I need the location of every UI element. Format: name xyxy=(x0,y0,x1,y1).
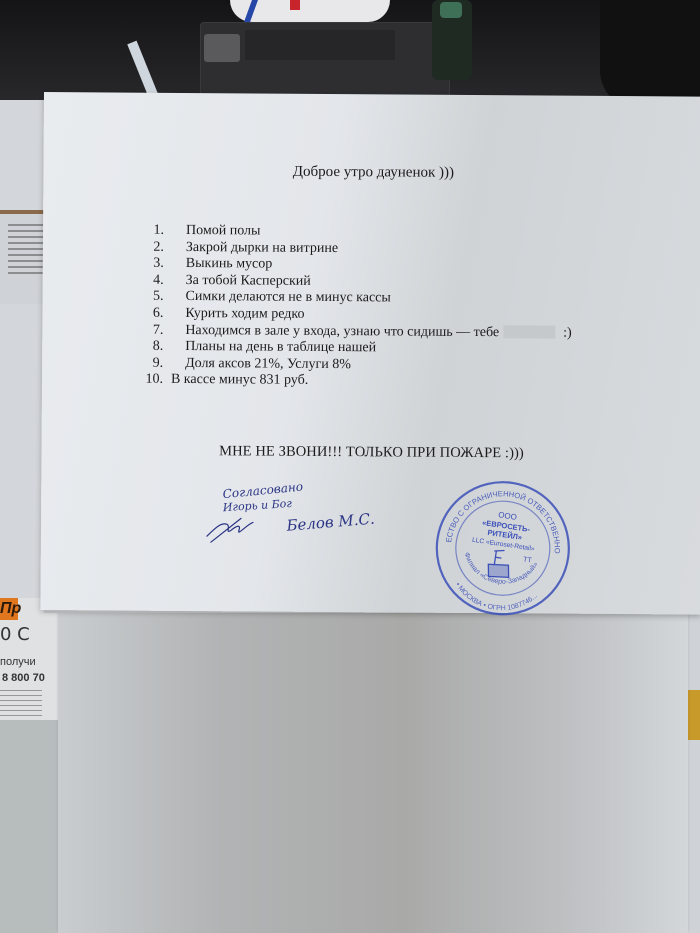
task-list: 1.Помой полы2.Закрой дырки на витрине3.В… xyxy=(127,223,573,392)
signature-icon: Согласовано Игорь и Бог Белов М.С. xyxy=(201,478,401,549)
task-number: 5. xyxy=(128,289,186,306)
task-text: В кассе минус 831 руб. xyxy=(171,372,308,390)
task-number: 8. xyxy=(127,339,185,356)
task-text: Планы на день в таблице нашей xyxy=(185,339,376,357)
svg-text:• МОСКВА • ОГРН 1087746...: • МОСКВА • ОГРН 1087746... xyxy=(451,581,540,618)
task-text: Доля аксов 21%, Услуги 8% xyxy=(185,356,351,374)
stamp-logo-icon xyxy=(487,548,513,579)
task-number: 10. xyxy=(127,372,171,389)
paper-sheet: Доброе утро дауненок ))) 1.Помой полы2.З… xyxy=(40,92,700,615)
task-suffix: :) xyxy=(563,325,572,342)
task-number: 4. xyxy=(128,272,186,289)
task-text: Курить ходим редко xyxy=(185,306,304,323)
task-text: За тобой Касперский xyxy=(186,273,311,290)
stamp-lower-text: • МОСКВА • ОГРН 1087746... xyxy=(451,581,540,618)
stamp-mark: ТТ xyxy=(523,556,533,564)
company-stamp: ОБЩЕСТВО С ОГРАНИЧЕННОЙ ОТВЕТСТВЕННОСТЬЮ… xyxy=(432,478,573,619)
background-object xyxy=(230,0,390,22)
task-text: Выкинь мусор xyxy=(186,256,273,273)
greeting-title: Доброе утро дауненок ))) xyxy=(43,162,700,184)
document: Доброе утро дауненок ))) 1.Помой полы2.З… xyxy=(40,92,700,615)
task-number: 6. xyxy=(127,306,185,323)
task-text: Закрой дырки на витрине xyxy=(186,240,338,258)
paper-lower-fold xyxy=(58,612,688,933)
task-number: 9. xyxy=(127,355,185,372)
promo-phone: 8 800 70 xyxy=(2,672,45,684)
redacted-block xyxy=(503,325,555,338)
task-number: 1. xyxy=(128,223,186,240)
background-remote xyxy=(432,0,472,80)
background-promo-sticker: Пр 0 С получи 8 800 70 xyxy=(0,598,60,738)
promo-text: получи xyxy=(0,656,36,668)
task-number: 2. xyxy=(128,239,186,256)
signature-name: Белов М.С. xyxy=(285,510,376,535)
task-text: Симки делаются не в минус кассы xyxy=(186,289,391,307)
promo-text: 0 С xyxy=(0,624,30,645)
task-number: 7. xyxy=(127,322,185,339)
warning-text: МНЕ НЕ ЗВОНИ!!! ТОЛЬКО ПРИ ПОЖАРЕ :))) xyxy=(41,442,700,464)
task-number: 3. xyxy=(128,256,186,273)
task-text: Помой полы xyxy=(186,223,261,240)
receipt-printer xyxy=(200,22,450,104)
stamp-icon: ОБЩЕСТВО С ОГРАНИЧЕННОЙ ОТВЕТСТВЕННОСТЬЮ… xyxy=(432,478,573,619)
background-headphones xyxy=(600,0,700,110)
task-list-item: 10.В кассе минус 831 руб. xyxy=(127,372,572,392)
handwritten-signature: Согласовано Игорь и Бог Белов М.С. xyxy=(201,478,401,549)
